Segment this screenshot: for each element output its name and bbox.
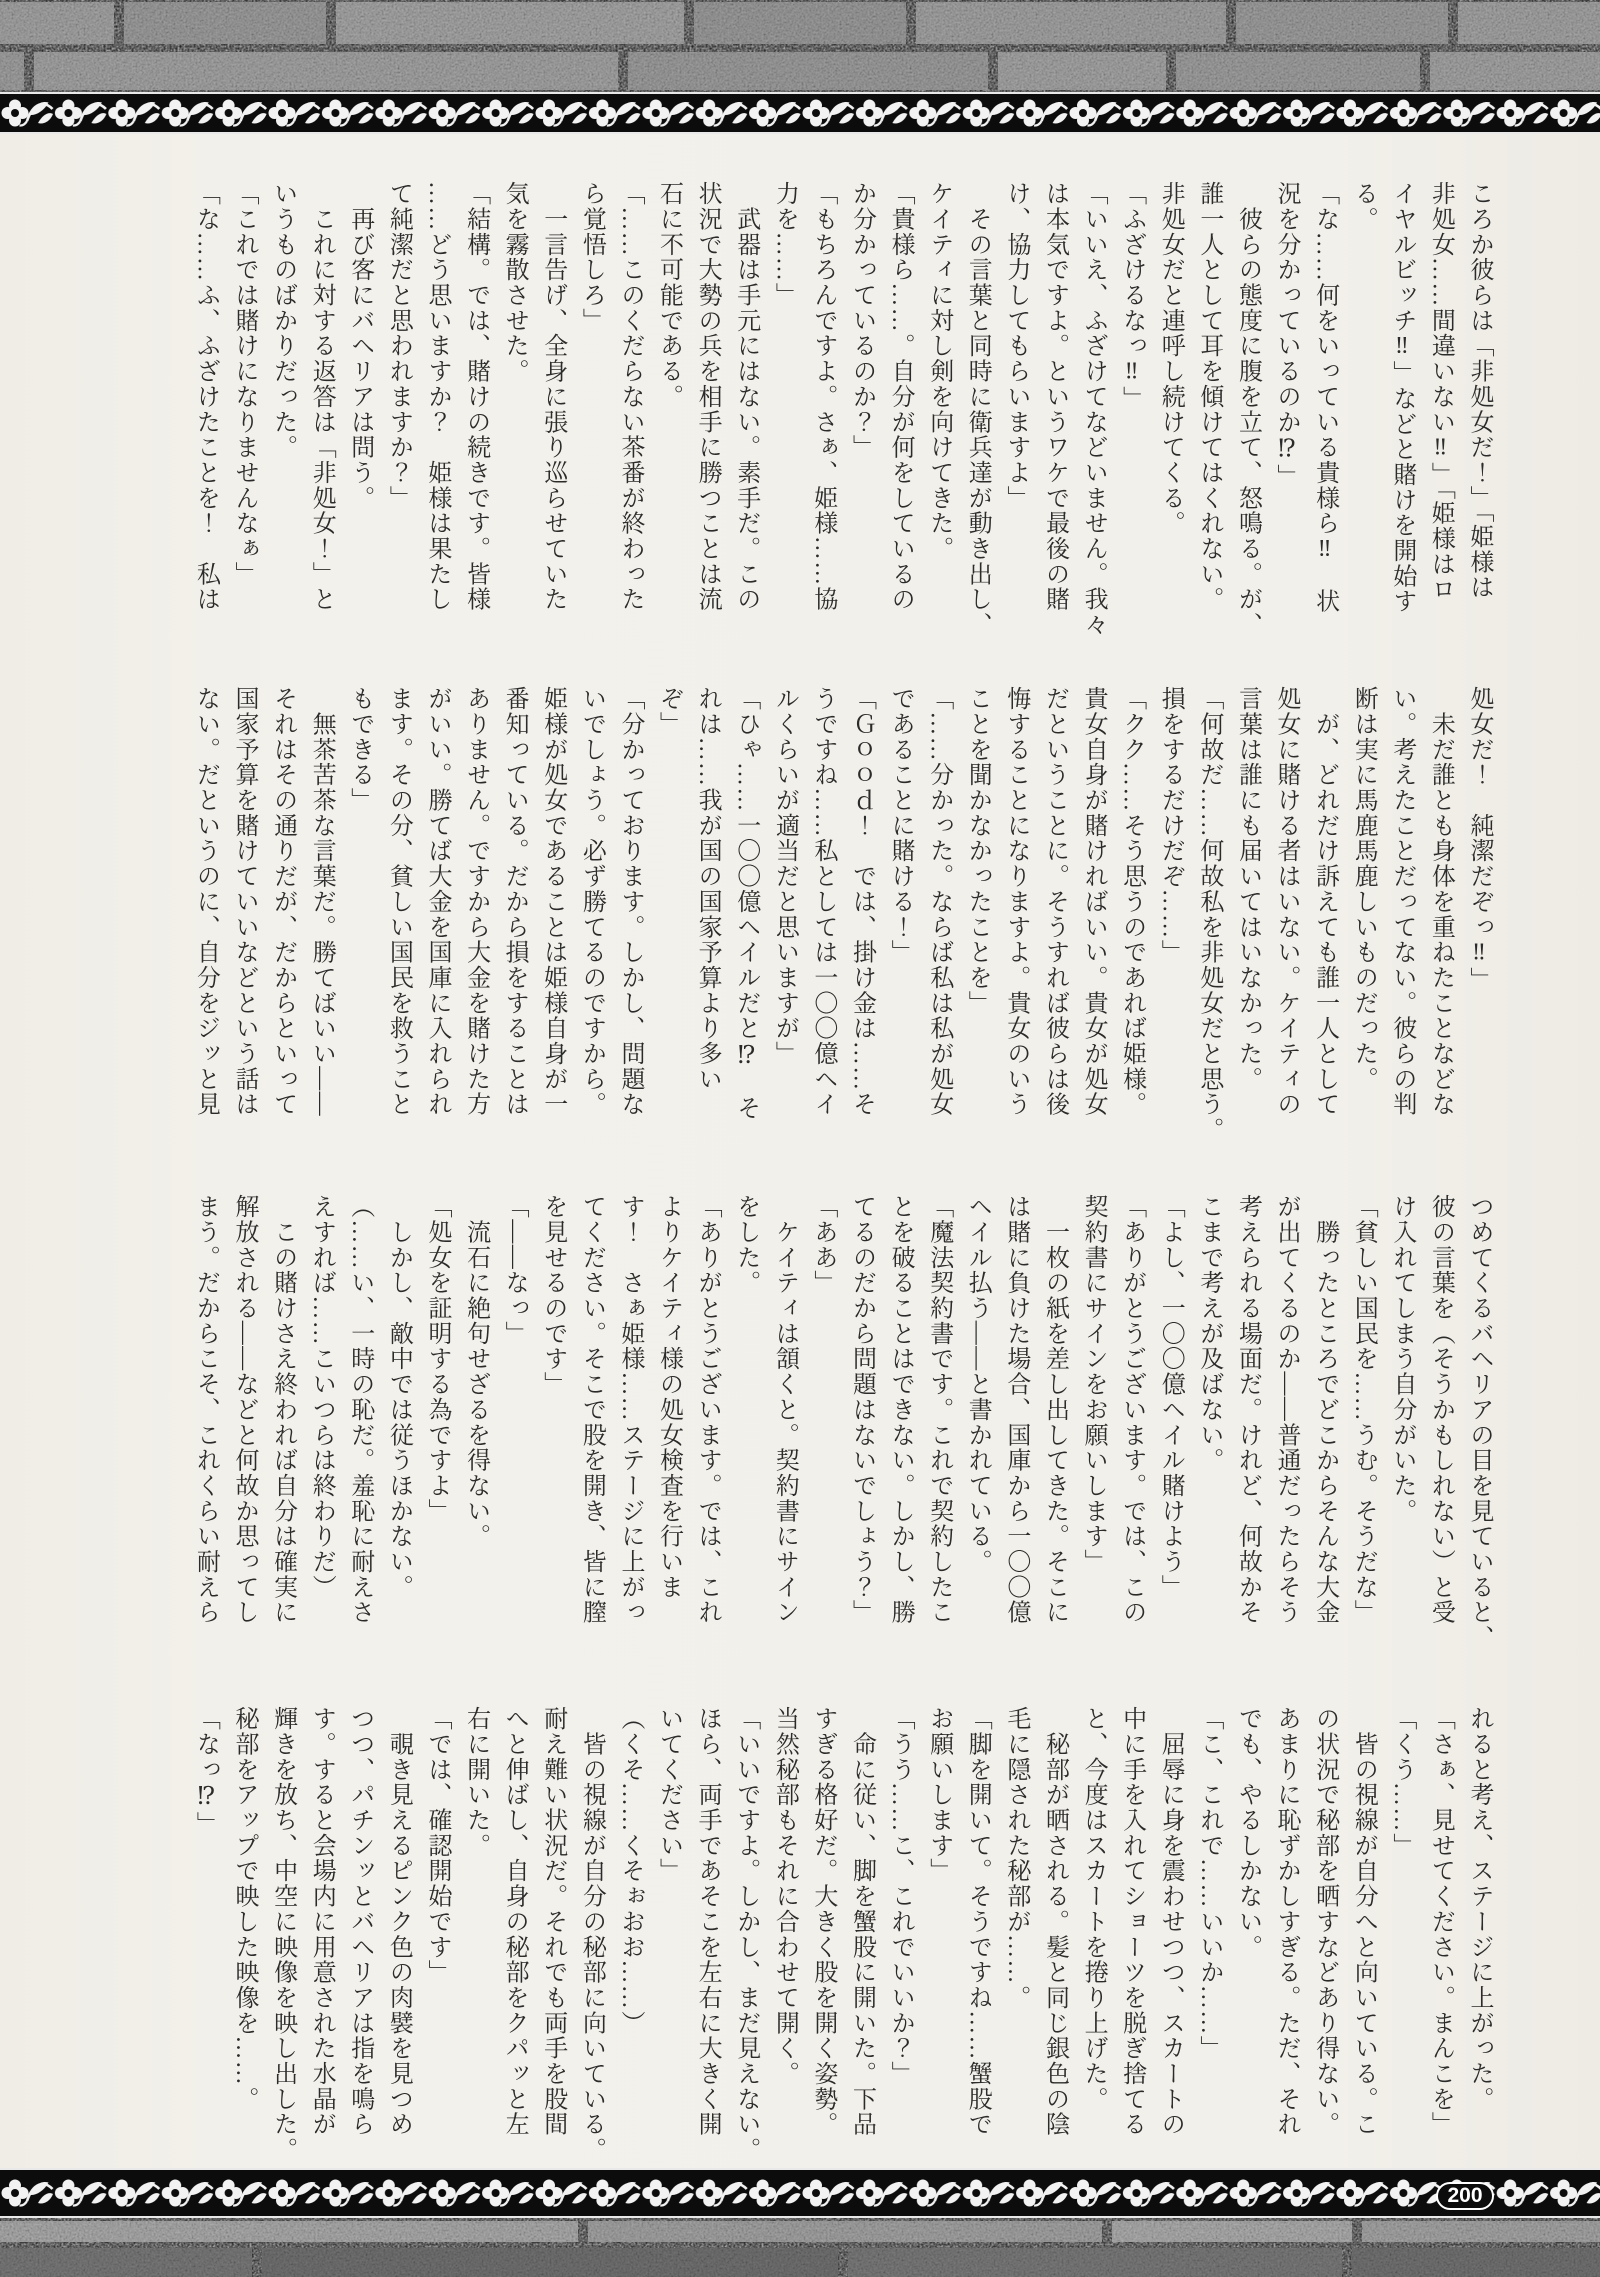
page-number: 200 (1436, 2182, 1494, 2210)
text-column: でも、やるしかない。 (1228, 1706, 1267, 2172)
text-column: 「貧しい国民を……うむ。そうだな」 (1344, 1194, 1383, 1660)
text-column: 「では、確認開始です」 (417, 1706, 456, 2172)
text-column: もできる」 (340, 686, 379, 1152)
text-column: 損をするだけだぞ……」 (1151, 686, 1190, 1152)
text-column: 彼らの態度に腹を立て、怒鳴る。が、 (1228, 181, 1267, 647)
text-column: 覗き見えるピンク色の肉襞を見つめ (379, 1706, 418, 2172)
text-column: 「クク……そう思うのであれば姫様。 (1112, 686, 1151, 1152)
text-column: 「いいえ、ふざけてなどいません。我々 (1073, 181, 1112, 647)
text-column: 解放される――などと何故か思ってし (224, 1194, 263, 1660)
text-column: この賭けさえ終われば自分は確実に (263, 1194, 302, 1660)
text-column: 「ひゃ……一〇〇億ヘイルだと⁉ そ (726, 686, 765, 1152)
text-column: を見せるのです」 (533, 1194, 572, 1660)
text-column: 命に従い、脚を蟹股に開いた。下品 (842, 1706, 881, 2172)
text-column: ます。その分、貧しい国民を救うこと (379, 686, 418, 1152)
text-column: か分かっているのか？」 (842, 181, 881, 647)
text-column: つつ、パチンッとバヘリアは指を鳴ら (340, 1706, 379, 2172)
text-column: これに対する返答は「非処女！」と (302, 181, 341, 647)
top-brick-wall (0, 0, 1600, 92)
text-column: てるのだから問題はないでしょう？」 (842, 1194, 881, 1660)
text-column: すぎる格好だ。大きく股を開く姿勢。 (803, 1706, 842, 2172)
text-column: ころか彼らは「非処女だ！」「姫様は (1459, 181, 1498, 647)
text-column: 耐え難い状況だ。それでも両手を股間 (533, 1706, 572, 2172)
text-column: 言葉は誰にも届いてはいなかった。 (1228, 686, 1267, 1152)
text-column: 力を……」 (765, 181, 804, 647)
text-column: け入れてしまう自分がいた。 (1382, 1194, 1421, 1660)
text-column: 武器は手元にはない。素手だ。この (726, 181, 765, 647)
text-column: 処女に賭ける者はいない。ケイティの (1266, 686, 1305, 1152)
text-column: いでしょう。必ず勝てるのですから。 (572, 686, 611, 1152)
text-column: 貴女自身が賭ければいい。貴女が処女 (1073, 686, 1112, 1152)
bottom-ornament-border: 200 (0, 2168, 1600, 2218)
text-column: つめてくるバヘリアの目を見ていると、 (1459, 1194, 1498, 1660)
text-column: 「Ｇｏｏｄ！ では、掛け金は……そ (842, 686, 881, 1152)
text-column: 皆の視線が自分の秘部に向いている。 (572, 1706, 611, 2172)
text-column: 非処女……間違いない‼」「姫様はロ (1421, 181, 1460, 647)
text-column: ケイティに対し剣を向けてきた。 (919, 181, 958, 647)
text-column: 「うう……こ、これでいいか？」 (881, 1706, 920, 2172)
text-column: は本気ですよ。というワケで最後の賭 (1035, 181, 1074, 647)
text-column: えすれば……こいつらは終わりだ） (302, 1194, 341, 1660)
text-column: の状況で秘部を晒すなどあり得ない。 (1305, 1706, 1344, 2172)
text-column: 「これでは賭けになりませんなぁ」 (224, 181, 263, 647)
text-column: れは……我が国の国家予算より多い (688, 686, 727, 1152)
text-column: 一言告げ、全身に張り巡らせていた (533, 181, 572, 647)
text-column: 契約書にサインをお願いします」 (1073, 1194, 1112, 1660)
text-column: 彼の言葉を（そうかもしれない）と受 (1421, 1194, 1460, 1660)
top-ornament-border (0, 92, 1600, 134)
text-column: だということに。そうすれば彼らは後 (1035, 686, 1074, 1152)
text-column: 無茶苦茶な言葉だ。勝てばいい―― (302, 686, 341, 1152)
text-column: その言葉と同時に衛兵達が動き出し、 (958, 181, 997, 647)
text-column: 屈辱に身を震わせつつ、スカートの (1151, 1706, 1190, 2172)
text-column: 姫様が処女であることは姫様自身が一 (533, 686, 572, 1152)
text-column: 誰一人として耳を傾けてはくれない。 (1189, 181, 1228, 647)
text-band-2: 処女だ！ 純潔だぞっ‼」 未だ誰とも身体を重ねたことなどない。考えたことだってな… (185, 686, 1498, 1152)
text-column: 流石に絶句せざるを得ない。 (456, 1194, 495, 1660)
text-column: 輝きを放ち、中空に映像を映し出した。 (263, 1706, 302, 2172)
text-column: 「な……ふ、ふざけたことを！ 私は (186, 181, 225, 647)
text-column: い。考えたことだってない。彼らの判 (1382, 686, 1421, 1152)
text-column: あまりに恥ずかしすぎる。ただ、それ (1266, 1706, 1305, 2172)
text-column: 再び客にバヘリアは問う。 (340, 181, 379, 647)
text-column: ない。だというのに、自分をジッと見 (186, 686, 225, 1152)
text-column: 右に開いた。 (456, 1706, 495, 2172)
text-column: 断は実に馬鹿馬鹿しいものだった。 (1344, 686, 1383, 1152)
text-column: 勝ったところでどこからそんな大金 (1305, 1194, 1344, 1660)
bottom-brick-wall (0, 2218, 1600, 2277)
text-column: ヘイル払う――と書かれている。 (958, 1194, 997, 1660)
text-column: ありません。ですから大金を賭けた方 (456, 686, 495, 1152)
text-column: 「……分かった。ならば私は私が処女 (919, 686, 958, 1152)
text-column: 国家予算を賭けていいなどという話は (224, 686, 263, 1152)
text-column: いてください」 (649, 1706, 688, 2172)
text-column: 毛に隠された秘部が……。 (996, 1706, 1035, 2172)
text-column: （……い、一時の恥だ。羞恥に耐えさ (340, 1194, 379, 1660)
text-column: 番知っている。だから損をすることは (495, 686, 534, 1152)
text-column: 「なっ⁉」 (186, 1706, 225, 2172)
floral-scroll-icon (0, 94, 1600, 132)
text-column: 「な……何をいっている貴様ら‼ 状 (1305, 181, 1344, 647)
text-column: それはその通りだが、だからといって (263, 686, 302, 1152)
text-column: 「よし、一〇〇億ヘイル賭けよう」 (1151, 1194, 1190, 1660)
text-column: 皆の視線が自分へと向いている。こ (1344, 1706, 1383, 2172)
text-column: 「もちろんですよ。さぁ、姫様……協 (803, 181, 842, 647)
text-column: 「いいですよ。しかし、まだ見えない。 (726, 1706, 765, 2172)
text-column: 考えられる場面だ。けれど、何故かそ (1228, 1194, 1267, 1660)
text-column: す。すると会場内に用意された水晶が (302, 1706, 341, 2172)
text-column: る。 (1344, 181, 1383, 647)
text-column: 気を霧散させた。 (495, 181, 534, 647)
text-column: 「結構。では、賭けの続きです。皆様 (456, 181, 495, 647)
text-column: 「くう……」 (1382, 1706, 1421, 2172)
text-column: が、どれだけ訴えても誰一人として (1305, 686, 1344, 1152)
text-column: うですね……私としては一〇〇億ヘイ (803, 686, 842, 1152)
text-column: ……どう思いますか？ 姫様は果たし (417, 181, 456, 647)
text-column: ぞ」 (649, 686, 688, 1152)
text-column: てください。そこで股を開き、皆に膣 (572, 1194, 611, 1660)
text-column: け、協力してもらいますよ」 (996, 181, 1035, 647)
text-column: 「ありがとうございます。では、これ (688, 1194, 727, 1660)
text-column: す！ さぁ姫様……ステージに上がっ (610, 1194, 649, 1660)
text-column: 状況で大勢の兵を相手に勝つことは流 (688, 181, 727, 647)
text-column: 「ありがとうございます。では、この (1112, 1194, 1151, 1660)
text-column: 況を分かっているのか⁉」 (1266, 181, 1305, 647)
text-column: ことを聞かなかったことを」 (958, 686, 997, 1152)
text-column: 「ふざけるなっ‼」 (1112, 181, 1151, 647)
text-column: まう。だからこそ、これくらい耐えら (186, 1194, 225, 1660)
text-band-4: れると考え、ステージに上がった。「さぁ、見せてください。まんこを」「くう……」 … (185, 1706, 1498, 2172)
text-column: しかし、敵中では従うほかない。 (379, 1194, 418, 1660)
text-column: と、今度はスカートを捲り上げた。 (1073, 1706, 1112, 2172)
text-band-1: ころか彼らは「非処女だ！」「姫様は非処女……間違いない‼」「姫様はロイヤルビッチ… (185, 181, 1498, 647)
text-column: 「脚を開いて。そうですね……蟹股で (958, 1706, 997, 2172)
text-column: がいい。勝てば大金を国庫に入れられ (417, 686, 456, 1152)
text-column: 悔することになりますよ。貴女のいう (996, 686, 1035, 1152)
text-column: （くそ……くそぉおお……） (610, 1706, 649, 2172)
text-column: ほら、両手であそこを左右に大きく開 (688, 1706, 727, 2172)
text-column: 非処女だと連呼し続けてくる。 (1151, 181, 1190, 647)
floral-scroll-icon (0, 2170, 1600, 2216)
text-column: 秘部が晒される。髪と同じ銀色の陰 (1035, 1706, 1074, 2172)
text-column: 「処女を証明する為ですよ」 (417, 1194, 456, 1660)
text-column: 一枚の紙を差し出してきた。そこに (1035, 1194, 1074, 1660)
text-column: をした。 (726, 1194, 765, 1660)
text-band-3: つめてくるバヘリアの目を見ていると、彼の言葉を（そうかもしれない）と受け入れてし… (185, 1194, 1498, 1660)
text-column: であることに賭ける！」 (881, 686, 920, 1152)
text-column: て純潔だと思われますか？」 (379, 181, 418, 647)
text-column: 「こ、これで……いいか……」 (1189, 1706, 1228, 2172)
text-column: とを破ることはできない。しかし、勝 (881, 1194, 920, 1660)
text-column: へと伸ばし、自身の秘部をクパッと左 (495, 1706, 534, 2172)
text-column: は賭に負けた場合、国庫から一〇〇億 (996, 1194, 1035, 1660)
text-column: 秘部をアップで映した映像を……。 (224, 1706, 263, 2172)
text-column: 当然秘部もそれに合わせて開く。 (765, 1706, 804, 2172)
text-column: 「魔法契約書です。これで契約したこ (919, 1194, 958, 1660)
text-column: いうものばかりだった。 (263, 181, 302, 647)
text-column: が出てくるのか――普通だったらそう (1266, 1194, 1305, 1660)
text-column: 「――なっ」 (495, 1194, 534, 1660)
text-column: 処女だ！ 純潔だぞっ‼」 (1459, 686, 1498, 1152)
text-column: ケイティは頷くと。契約書にサイン (765, 1194, 804, 1660)
text-column: ルくらいが適当だと思いますが」 (765, 686, 804, 1152)
text-column: 「……このくだらない茶番が終わった (610, 181, 649, 647)
text-column: 「さぁ、見せてください。まんこを」 (1421, 1706, 1460, 2172)
novel-page: ころか彼らは「非処女だ！」「姫様は非処女……間違いない‼」「姫様はロイヤルビッチ… (0, 0, 1600, 2277)
text-column: よりケイティ様の処女検査を行いま (649, 1194, 688, 1660)
text-column: 石に不可能である。 (649, 181, 688, 647)
text-column: 「ああ」 (803, 1194, 842, 1660)
text-column: 「何故だ……何故私を非処女だと思う。 (1189, 686, 1228, 1152)
text-column: れると考え、ステージに上がった。 (1459, 1706, 1498, 2172)
text-column: 「貴様ら……。自分が何をしているの (881, 181, 920, 647)
text-column: イヤルビッチ‼」などと賭けを開始す (1382, 181, 1421, 647)
text-column: 「分かっております。しかし、問題な (610, 686, 649, 1152)
text-column: ら覚悟しろ」 (572, 181, 611, 647)
text-column: 中に手を入れてショーツを脱ぎ捨てる (1112, 1706, 1151, 2172)
text-column: こまで考えが及ばない。 (1189, 1194, 1228, 1660)
text-column: お願いします」 (919, 1706, 958, 2172)
text-column: 未だ誰とも身体を重ねたことなどな (1421, 686, 1460, 1152)
